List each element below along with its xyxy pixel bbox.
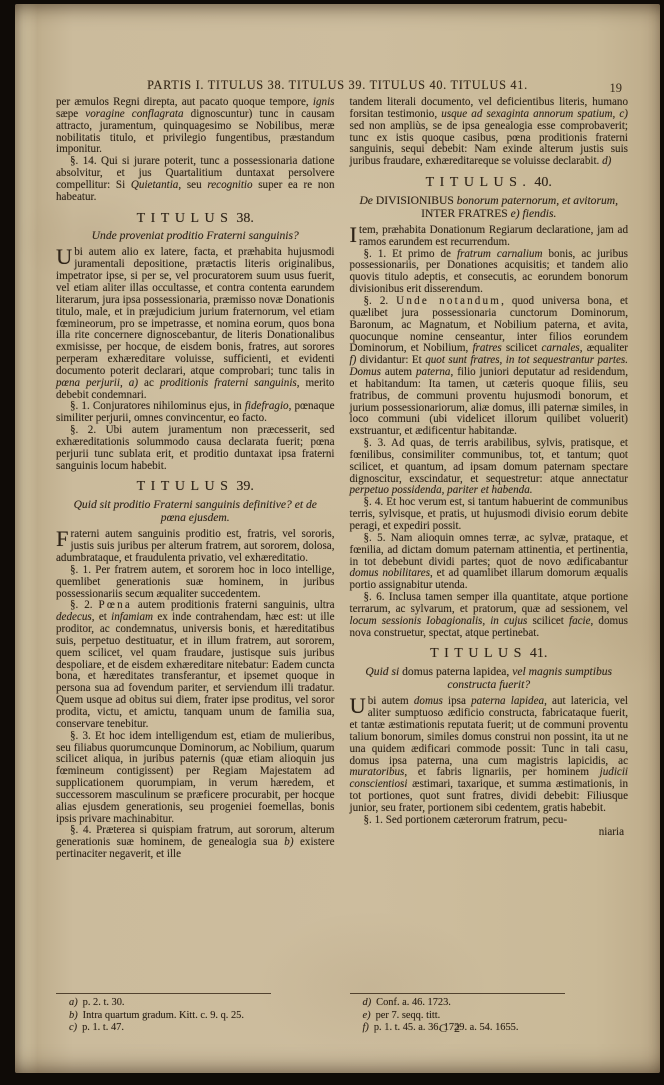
titulus-number: 41. (530, 646, 548, 661)
footnote-text: Intra quartum gradum. Kitt. c. 9. q. 25. (83, 1010, 244, 1021)
footnotes: d)Conf. a. 46. 1723.e)per 7. seqq. titt.… (350, 991, 629, 1035)
paragraph: §. 2. Pœna autem proditionis fraterni sa… (56, 600, 335, 730)
paragraph: §. 14. Qui si jurare poterit, tunc a pos… (56, 156, 335, 203)
footnote: e)per 7. seqq. titt. (350, 1010, 629, 1023)
text-run: voragine conflagrata (85, 108, 183, 120)
text-run: domus (414, 695, 443, 707)
section-heading: TITULUS.40. (350, 177, 629, 189)
text-run: dedecus (56, 611, 92, 623)
text-run: recognitio (207, 179, 252, 191)
titulus-word: TITULUS (137, 211, 234, 226)
text-run: INTER FRATRES (421, 207, 511, 220)
footnote-text: p. 2. t. 30. (83, 997, 125, 1008)
titulus-number: 40. (534, 175, 552, 190)
paragraph: Ubi autem domus ipsa paterna lapidea, au… (350, 696, 629, 814)
text-run: ex inde contrahendam, hæc est: ut ille p… (56, 611, 335, 730)
catchword: niaria (350, 827, 629, 839)
paragraph: §. 6. Inclusa tamen semper illa quantita… (350, 592, 629, 639)
text-run: ignis (313, 96, 335, 108)
text-run: Unde notandum (396, 295, 501, 307)
text-run: sæpe (56, 108, 85, 120)
footnote-rule (350, 993, 565, 994)
scanned-book-page: { "page": { "header": "PARTIS I. TITULUS… (0, 0, 664, 1085)
paragraph: §. 1. Per fratrem autem, et sororem hoc … (56, 565, 335, 601)
text-run: sed non ampliùs, se de ipsa genealogia e… (350, 120, 629, 168)
paragraph: §. 4. Præterea si quispiam fratrum, aut … (56, 825, 335, 861)
text-run: Unde proveniat proditio Fraterni sanguin… (92, 229, 299, 242)
paragraph: per æmulos Regni direpta, aut pacato quo… (56, 97, 335, 156)
paragraph: §. 2. Unde notandum, quod universa bona,… (350, 296, 629, 438)
paragraph: tandem literali documento, vel deficient… (350, 97, 629, 168)
text-run: §. 4. Et hoc verum est, si tantum habuer… (350, 496, 629, 532)
text-run: §. 3. Ad quas, de terris arabilibus, syl… (350, 437, 629, 485)
footnote: b)Intra quartum gradum. Kitt. c. 9. q. 2… (56, 1010, 335, 1023)
text-run: ipsa (443, 695, 471, 707)
text-run: pœna perjurii, a) (56, 377, 138, 389)
text-columns: per æmulos Regni direpta, aut pacato quo… (56, 97, 628, 1035)
text-run: Pœna (99, 599, 132, 611)
paragraph: §. 4. Et hoc verum est, si tantum habuer… (350, 497, 629, 533)
text-run: perpetuo possidenda, pariter et habenda. (350, 484, 533, 496)
text-run: Quid sit proditio Fraterni sanguinis def… (74, 498, 317, 524)
section-subtitle: De DIVISIONIBUS bonorum paternorum, et a… (356, 194, 623, 220)
paragraph: Fraterni autem sanguinis proditio est, f… (56, 529, 335, 565)
text-run: proditionis fraterni sanguinis (160, 377, 297, 389)
text-run: domus nobilitares (350, 567, 431, 579)
section-subtitle: Quid sit proditio Fraterni sanguinis def… (62, 498, 329, 524)
text-run: tem, præhabita Donationum Regiarum decla… (359, 224, 628, 248)
text-run: d) (602, 155, 611, 167)
text-run: Quid si (365, 665, 399, 678)
text-run: infamiam (111, 611, 153, 623)
text-run: carnales (542, 342, 580, 354)
page-number: 19 (610, 81, 623, 96)
drop-initial: U (350, 696, 366, 716)
text-run: §. 1. Et primo de (364, 248, 457, 260)
text-run: §. 2. Ubi autem juramentum non præcesser… (56, 424, 335, 472)
text-run: §. 1. Conjuratores nihilominus ejus, in (70, 400, 245, 412)
page-paper: PARTIS I. TITULUS 38. TITULUS 39. TITULU… (15, 4, 660, 1073)
text-run: , et (92, 611, 111, 623)
drop-initial: F (56, 529, 69, 549)
text-run: , et fabris lignariis, per hominem (404, 766, 599, 778)
footnotes: a)p. 2. t. 30.b)Intra quartum gradum. Ki… (56, 991, 335, 1035)
right-column: tandem literali documento, vel deficient… (350, 97, 629, 1035)
text-run: , seu (178, 179, 207, 191)
paragraph: §. 1. Et primo de fratrum carnalium boni… (350, 249, 629, 296)
text-run: raterni autem sanguinis proditio est, fr… (56, 528, 335, 564)
text-run: per æmulos Regni direpta, aut pacato quo… (56, 96, 313, 108)
footnote: a)p. 2. t. 30. (56, 997, 335, 1010)
titulus-number: 38. (236, 211, 254, 226)
text-run: fratres (472, 342, 501, 354)
section-subtitle: Quid si domus paterna lapidea, vel magni… (356, 665, 623, 691)
footnote: f)p. 1. t. 45. a. 36. 1729. a. 54. 1655. (350, 1022, 629, 1035)
text-run: §. 1. Per fratrem autem, et sororem hoc … (56, 564, 335, 600)
paragraph: Item, præhabita Donationum Regiarum decl… (350, 225, 629, 249)
titulus-word: TITULUS (430, 646, 527, 661)
text-run: muratoribus (350, 766, 405, 778)
text-run: bonorum paternorum, et avitorum, (457, 194, 618, 207)
footnote: c)p. 1. t. 47. (56, 1022, 335, 1035)
text-run: DIVISIONIBUS (376, 194, 457, 207)
text-run: autem (381, 366, 416, 378)
text-run: e) fiendis. (511, 207, 557, 220)
text-run: domus paterna lapidea, (399, 665, 512, 678)
text-run: fratrum carnalium (457, 248, 543, 260)
text-run: §. 2. (70, 599, 99, 611)
section-subtitle: Unde proveniat proditio Fraterni sanguin… (62, 229, 329, 242)
paragraph: §. 3. Ad quas, de terris arabilibus, syl… (350, 438, 629, 497)
text-run: b) (284, 836, 293, 848)
text-run: paterna (416, 366, 451, 378)
text-run: dividantur: Et (356, 354, 425, 366)
text-run: scilicet (527, 615, 569, 627)
text-run: bi autem alio ex latere, facta, et præha… (56, 246, 335, 376)
paragraph: §. 5. Nam alioquin omnes terræ, ac sylvæ… (350, 533, 629, 592)
left-column: per æmulos Regni direpta, aut pacato quo… (56, 97, 335, 1035)
footnote-marker: e) (363, 1010, 371, 1021)
footnote-marker: f) (363, 1022, 369, 1033)
text-run: autem proditionis fraterni sanguinis, ul… (132, 599, 335, 611)
section-heading: TITULUS39. (56, 481, 335, 493)
text-run: §. 5. Nam alioquin omnes terræ, ac sylvæ… (350, 532, 629, 568)
section-heading: TITULUS38. (56, 213, 335, 225)
footnote-marker: b) (69, 1010, 78, 1021)
footnote-text: per 7. seqq. titt. (376, 1010, 441, 1021)
paragraph: §. 2. Ubi autem juramentum non præcesser… (56, 425, 335, 472)
text-run: §. 6. Inclusa tamen semper illa quantita… (350, 591, 629, 615)
text-run: , æqualiter (580, 342, 628, 354)
text-run: usque ad sexaginta annorum spatium, c) (441, 108, 628, 120)
text-run: §. 3. Et hoc idem intelligendum est, eti… (56, 730, 335, 825)
text-run: paterna lapidea (471, 695, 544, 707)
titulus-word: TITULUS (137, 479, 234, 494)
titulus-word: TITULUS. (426, 175, 532, 190)
text-run: fidefragio (245, 400, 289, 412)
footnote-text: p. 1. t. 47. (82, 1022, 124, 1033)
footnote-text: Conf. a. 46. 1723. (376, 997, 451, 1008)
text-run: bi autem (368, 695, 414, 707)
drop-initial: I (350, 225, 358, 245)
drop-initial: U (56, 247, 72, 267)
running-header: PARTIS I. TITULUS 38. TITULUS 39. TITULU… (15, 78, 660, 93)
text-run: facie (569, 615, 591, 627)
footnote-rule (56, 993, 271, 994)
signature-mark: C 2 (439, 1021, 462, 1036)
section-heading: TITULUS41. (350, 648, 629, 660)
titulus-number: 39. (236, 479, 254, 494)
text-run: scilicet (502, 342, 542, 354)
footnote-marker: d) (363, 997, 372, 1008)
text-run: §. 2. (364, 295, 397, 307)
text-run: §. 1. Sed portionem cæterorum fratrum, p… (364, 814, 568, 826)
text-run: Quietantia (131, 179, 178, 191)
text-run: ac (138, 377, 160, 389)
paragraph: Ubi autem alio ex latere, facta, et præh… (56, 247, 335, 401)
text-run: locum sessionis Iobagionalis, in cujus (350, 615, 528, 627)
footnote-marker: c) (69, 1022, 77, 1033)
paragraph: §. 3. Et hoc idem intelligendum est, eti… (56, 731, 335, 826)
text-run: De (359, 194, 375, 207)
footnote: d)Conf. a. 46. 1723. (350, 997, 629, 1010)
footnote-marker: a) (69, 997, 78, 1008)
paragraph: §. 1. Conjuratores nihilominus ejus, in … (56, 401, 335, 425)
paragraph: §. 1. Sed portionem cæterorum fratrum, p… (350, 815, 629, 827)
